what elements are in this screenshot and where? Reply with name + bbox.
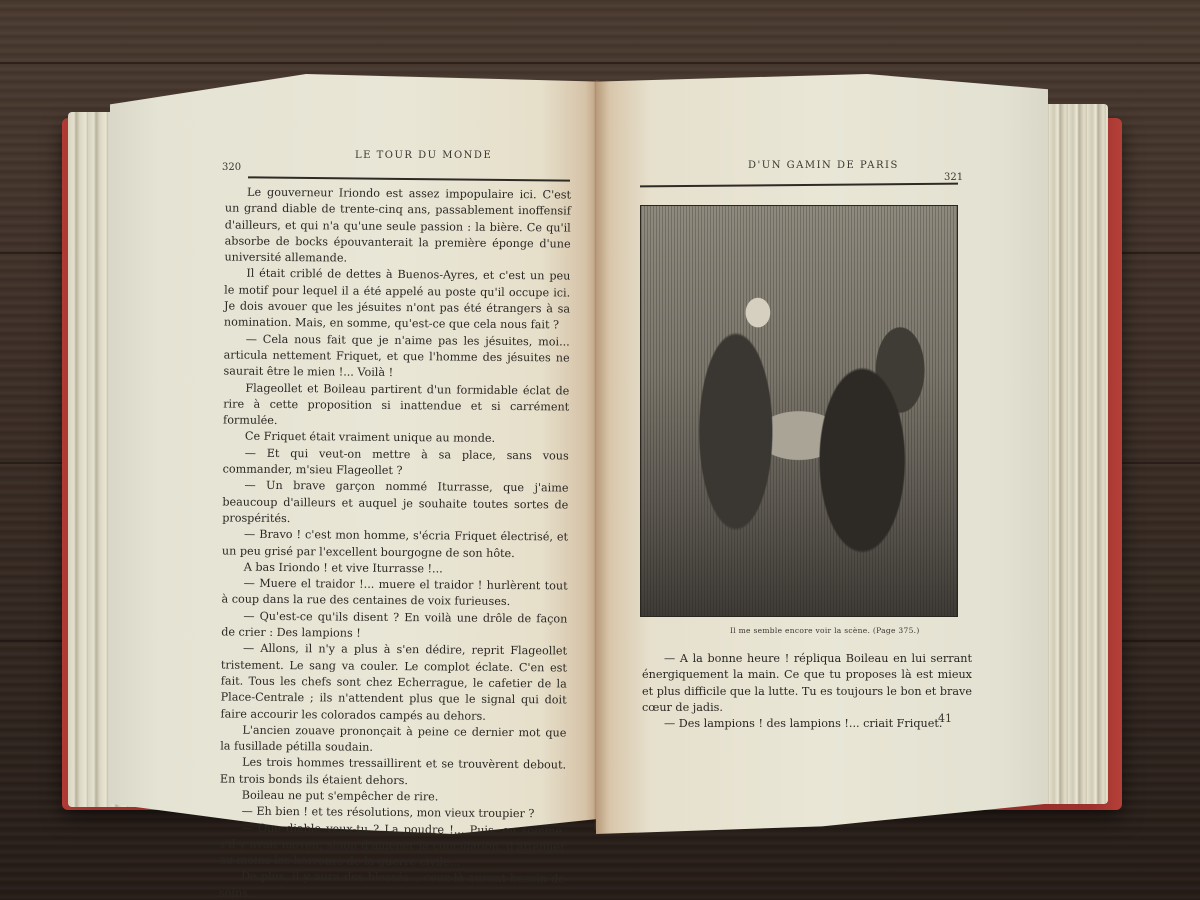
right-page-number: 321 — [944, 172, 963, 183]
table-plank-seam — [0, 62, 1200, 64]
paragraph: Les trois hommes tressaillirent et se tr… — [220, 755, 566, 791]
right-page-text: — A la bonne heure ! répliqua Boileau en… — [642, 651, 972, 732]
paragraph: Le gouverneur Iriondo est assez impopula… — [224, 185, 571, 270]
paragraph: L'ancien zouave prononçait à peine ce de… — [220, 722, 566, 758]
paragraph: — Un brave garçon nommé Iturrasse, que j… — [222, 478, 568, 530]
paragraph: — Qu'est-ce qu'ils disent ? En voilà une… — [221, 608, 567, 644]
paragraph: — Allons, il n'y a plus à s'en dédire, r… — [220, 641, 567, 726]
paragraph: De plus, il y aura des blessés... ceux-l… — [219, 869, 565, 900]
paragraph: — Bravo ! c'est mon homme, s'écria Friqu… — [222, 527, 568, 563]
illustration-caption: Il me semble encore voir la scène. (Page… — [730, 626, 920, 635]
paragraph: — Muere el traidor !... muere el traidor… — [221, 576, 567, 612]
paragraph: — Que diable veux-tu ? La poudre !... Pu… — [219, 820, 565, 872]
left-page-text: Le gouverneur Iriondo est assez impopula… — [219, 185, 571, 900]
paragraph: Flageollet et Boileau partirent d'un for… — [223, 380, 569, 432]
engraving-illustration — [640, 205, 958, 617]
signature-mark: 41 — [938, 712, 952, 725]
paragraph: — Des lampions ! des lampions !... criai… — [642, 716, 972, 732]
left-page-number: 320 — [222, 162, 241, 173]
paragraph: — Et qui veut-on mettre à sa place, sans… — [223, 445, 569, 481]
right-running-head: D'UN GAMIN DE PARIS — [748, 160, 899, 171]
paragraph: Il était criblé de dettes à Buenos-Ayres… — [224, 266, 571, 334]
paragraph: — A la bonne heure ! répliqua Boileau en… — [642, 651, 972, 716]
left-running-head: LE TOUR DU MONDE — [355, 150, 492, 161]
paragraph: — Cela nous fait que je n'aime pas les j… — [223, 331, 569, 383]
